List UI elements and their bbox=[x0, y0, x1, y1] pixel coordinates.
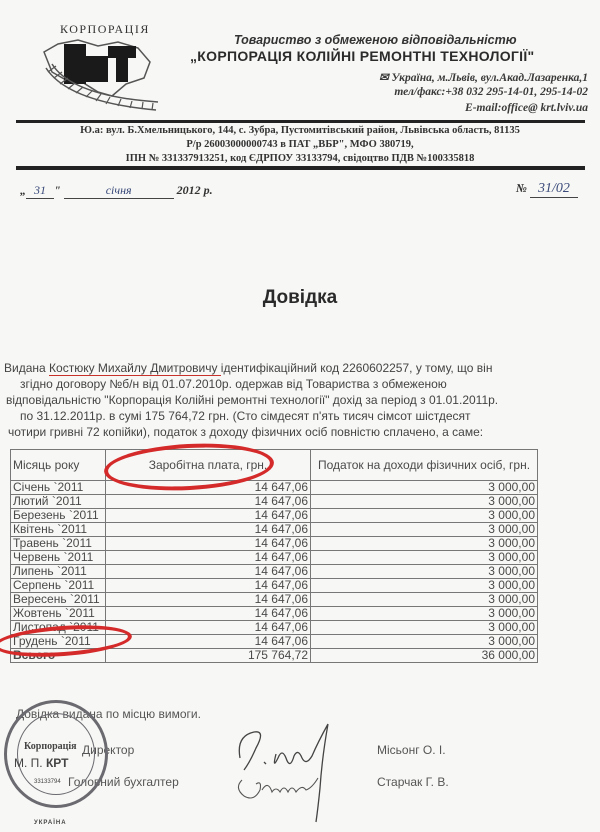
month-cell: Квітень `2011 bbox=[11, 523, 106, 537]
stamp-code: 33133794 bbox=[34, 779, 61, 785]
salary-cell: 14 647,06 bbox=[106, 607, 311, 621]
signature-icon bbox=[232, 718, 342, 828]
envelope-icon: ✉ bbox=[379, 72, 392, 84]
tax-cell: 3 000,00 bbox=[311, 607, 538, 621]
month-cell: Червень `2011 bbox=[11, 551, 106, 565]
logo-wordmark: КОРПОРАЦІЯ bbox=[60, 22, 150, 37]
month-cell: Липень `2011 bbox=[11, 565, 106, 579]
salary-cell: 14 647,06 bbox=[106, 593, 311, 607]
tax-cell: 3 000,00 bbox=[311, 579, 538, 593]
table-row: Вересень `201114 647,063 000,00 bbox=[11, 593, 538, 607]
header-month: Місяць року bbox=[11, 450, 106, 481]
company-stamp bbox=[4, 700, 108, 808]
date-month: січня bbox=[64, 183, 174, 199]
table-row: Червень `201114 647,063 000,00 bbox=[11, 551, 538, 565]
document-title: Довідка bbox=[0, 287, 600, 309]
tax-cell: 3 000,00 bbox=[311, 509, 538, 523]
body-line-5: чотири гривні 72 копійки), податок з дох… bbox=[8, 424, 568, 440]
document-page: КОРПОРАЦІЯ Товариство з обмеженою відпов… bbox=[0, 0, 600, 832]
table-row: Серпень `201114 647,063 000,00 bbox=[11, 579, 538, 593]
company-address: ✉ Україна, м.Львів, вул.Акад.Лазаренка,1 bbox=[379, 70, 588, 84]
total-salary: 175 764,72 bbox=[106, 649, 311, 663]
company-type: Товариство з обмеженою відповідальністю bbox=[234, 33, 517, 47]
tax-cell: 3 000,00 bbox=[311, 523, 538, 537]
month-cell: Січень `2011 bbox=[11, 481, 106, 495]
tax-cell: 3 000,00 bbox=[311, 635, 538, 649]
tax-cell: 3 000,00 bbox=[311, 565, 538, 579]
tax-cell: 3 000,00 bbox=[311, 621, 538, 635]
company-phone: тел/факс:+38 032 295-14-01, 295-14-02 bbox=[394, 86, 588, 98]
director-name: Місьонг О. І. bbox=[377, 743, 446, 757]
table-row: Лютий `201114 647,063 000,00 bbox=[11, 495, 538, 509]
table-row: Травень `201114 647,063 000,00 bbox=[11, 537, 538, 551]
salary-cell: 14 647,06 bbox=[106, 565, 311, 579]
table-header-row: Місяць року Заробітна плата, грн. Подато… bbox=[11, 450, 538, 481]
header-divider-bottom bbox=[16, 166, 585, 170]
tax-cell: 3 000,00 bbox=[311, 537, 538, 551]
tax-cell: 3 000,00 bbox=[311, 481, 538, 495]
header-tax: Податок на доходи фізичних осіб, грн. bbox=[311, 450, 538, 481]
salary-cell: 14 647,06 bbox=[106, 635, 311, 649]
accountant-name: Старчак Г. В. bbox=[377, 775, 449, 789]
salary-cell: 14 647,06 bbox=[106, 579, 311, 593]
month-cell: Травень `2011 bbox=[11, 537, 106, 551]
body-line-2: згідно договору №б/н від 01.07.2010р. од… bbox=[20, 376, 580, 392]
tax-cell: 3 000,00 bbox=[311, 495, 538, 509]
header-divider-top bbox=[16, 120, 585, 123]
tax-cell: 3 000,00 bbox=[311, 593, 538, 607]
table-row: Квітень `201114 647,063 000,00 bbox=[11, 523, 538, 537]
tax-cell: 3 000,00 bbox=[311, 551, 538, 565]
month-cell: Березень `2011 bbox=[11, 509, 106, 523]
body-line-3: відповідальністю "Корпорація Колійні рем… bbox=[6, 392, 566, 408]
body-line-1: Видана Костюку Михайлу Дмитровичу іденти… bbox=[4, 360, 564, 376]
company-name: „КОРПОРАЦІЯ КОЛІЙНІ РЕМОНТНІ ТЕХНОЛОГІЇ" bbox=[190, 48, 534, 64]
document-number: № 31/02 bbox=[516, 181, 578, 198]
document-number-value: 31/02 bbox=[530, 181, 578, 198]
table-row: Липень `201114 647,063 000,00 bbox=[11, 565, 538, 579]
stamp-mp: М. П. КРТ bbox=[14, 756, 68, 770]
salary-cell: 14 647,06 bbox=[106, 537, 311, 551]
table-row: Січень `201114 647,063 000,00 bbox=[11, 481, 538, 495]
table-row: Березень `201114 647,063 000,00 bbox=[11, 509, 538, 523]
stamp-text: Корпорація bbox=[24, 741, 77, 752]
salary-cell: 14 647,06 bbox=[106, 509, 311, 523]
date-day: 31 bbox=[26, 183, 54, 199]
bank-details: Р/р 26003000000743 в ПАТ „ВБР", МФО 3807… bbox=[0, 139, 600, 150]
month-cell: Жовтень `2011 bbox=[11, 607, 106, 621]
table-row: Жовтень `201114 647,063 000,00 bbox=[11, 607, 538, 621]
date-year: 2012 р. bbox=[177, 183, 213, 197]
person-name: Костюку Михайлу Дмитровичу bbox=[49, 361, 221, 376]
salary-cell: 14 647,06 bbox=[106, 621, 311, 635]
salary-cell: 14 647,06 bbox=[106, 551, 311, 565]
stamp-country: УКРАЇНА bbox=[34, 820, 67, 826]
company-email: E-mail:office@ krt.lviv.ua bbox=[465, 102, 588, 114]
total-tax: 36 000,00 bbox=[311, 649, 538, 663]
month-cell: Серпень `2011 bbox=[11, 579, 106, 593]
month-cell: Вересень `2011 bbox=[11, 593, 106, 607]
tax-ids: ІПН № 331337913251, код ЄДРПОУ 33133794,… bbox=[0, 153, 600, 164]
month-cell: Лютий `2011 bbox=[11, 495, 106, 509]
legal-address: Ю.а: вул. Б.Хмельницького, 144, с. Зубра… bbox=[0, 125, 600, 136]
company-logo: КОРПОРАЦІЯ bbox=[38, 22, 168, 114]
document-date: „31" січня 2012 р. bbox=[20, 183, 213, 199]
body-line-4: по 31.12.2011р. в сумі 175 764,72 грн. (… bbox=[20, 408, 580, 424]
salary-cell: 14 647,06 bbox=[106, 495, 311, 509]
salary-cell: 14 647,06 bbox=[106, 523, 311, 537]
